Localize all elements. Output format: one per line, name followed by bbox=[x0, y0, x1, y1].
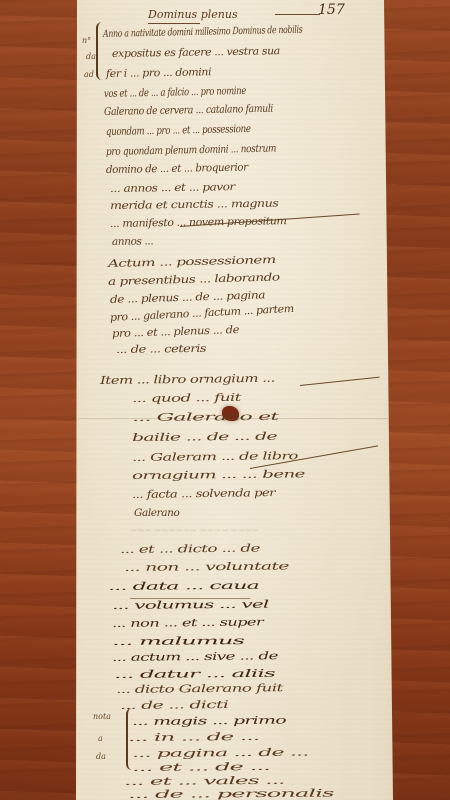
text-line: de ... plenus ... de ... pagina bbox=[110, 289, 265, 306]
text-line: ... de ... ceteris bbox=[116, 343, 206, 356]
text-line: domino de ... et ... broquerior bbox=[106, 161, 248, 176]
pen-flourish bbox=[180, 213, 360, 227]
text-line: ... et ... vales ... bbox=[124, 775, 285, 788]
paper-fold-line bbox=[78, 418, 388, 419]
text-line: ... volumus ... vel bbox=[112, 599, 269, 612]
text-line: ... non ... voluntate bbox=[124, 560, 289, 574]
margin-note: ad bbox=[84, 70, 94, 79]
bleed-through-text: ~~~ ~~~~~~ ~~~~ ~~~~ bbox=[130, 526, 259, 536]
text-line: ... in ... de ... bbox=[128, 731, 260, 744]
text-line: bailie ... de ... de bbox=[132, 431, 277, 444]
text-line: a presentibus ... laborando bbox=[108, 271, 280, 288]
margin-note: da bbox=[86, 52, 96, 61]
text-line: ... malumus bbox=[112, 635, 244, 648]
decorative-rule bbox=[275, 14, 320, 15]
page-number: 157 bbox=[318, 2, 345, 18]
text-line: ... datur ... aliis bbox=[114, 668, 275, 681]
text-line: ... quod ... fuit bbox=[132, 392, 241, 405]
margin-note: da bbox=[96, 752, 106, 761]
ink-stain-hole bbox=[222, 406, 239, 421]
text-line: ... facta ... solvenda per bbox=[132, 487, 275, 501]
pen-flourish bbox=[130, 598, 250, 599]
text-line: expositus es facere ... vestra sua bbox=[112, 45, 280, 60]
page-heading: Dominus plenus bbox=[148, 8, 238, 21]
text-line: ... Galeram ... de libro bbox=[132, 450, 298, 464]
text-line: Galerano bbox=[134, 507, 179, 519]
margin-note: nota bbox=[93, 712, 111, 721]
margin-note: a bbox=[98, 734, 103, 743]
text-line: Anno a nativitate domini millesimo Domin… bbox=[103, 25, 303, 40]
text-line: ... pagina ... de ... bbox=[132, 747, 309, 760]
text-line: Galerano de cervera ... catalano famuli bbox=[104, 103, 273, 118]
text-line: ... et ... de ... bbox=[132, 761, 270, 774]
text-line: ... magis ... primo bbox=[132, 715, 286, 728]
pen-flourish bbox=[250, 445, 378, 469]
text-line: fer i ... pro ... domini bbox=[106, 66, 211, 80]
text-line: ... actum ... sive ... de bbox=[112, 650, 278, 664]
text-line: ... non ... et ... super bbox=[112, 616, 263, 630]
text-line: ... dicto Galerano fuit bbox=[116, 682, 283, 696]
text-line: Actum ... possessionem bbox=[108, 254, 276, 270]
text-line: ... de ... personalis bbox=[128, 787, 334, 800]
text-line: vos et ... de ... a falcio ... pro nomin… bbox=[104, 85, 246, 100]
text-line: merida et cunctis ... magnus bbox=[110, 198, 279, 212]
text-line: Item ... libro ornagium ... bbox=[100, 372, 275, 387]
text-line: ... data ... caua bbox=[108, 580, 259, 593]
text-line: ... de ... dicti bbox=[120, 699, 229, 712]
text-line: ... annos ... et ... pavor bbox=[110, 181, 235, 195]
text-line: quondam ... pro ... et ... possessione bbox=[106, 123, 251, 138]
text-line: ... manifesto ... novem propositum bbox=[110, 215, 287, 230]
margin-note: n° bbox=[82, 36, 91, 45]
text-line: pro ... galerano ... factum ... partem bbox=[110, 303, 294, 324]
heading-underline bbox=[148, 23, 200, 24]
text-line: ... Galerano et bbox=[132, 411, 279, 424]
text-line: ... et ... dicto ... de bbox=[120, 542, 260, 556]
paragraph-bracket-5 bbox=[126, 708, 132, 770]
pen-flourish bbox=[300, 377, 380, 386]
text-line: annos ... bbox=[112, 235, 153, 248]
text-line: pro quondam plenum domini ... nostrum bbox=[106, 143, 276, 158]
text-line: ornagium ... ... bene bbox=[132, 468, 305, 482]
text-line: pro ... et ... plenus ... de bbox=[112, 324, 239, 340]
paragraph-bracket-1 bbox=[96, 22, 104, 80]
